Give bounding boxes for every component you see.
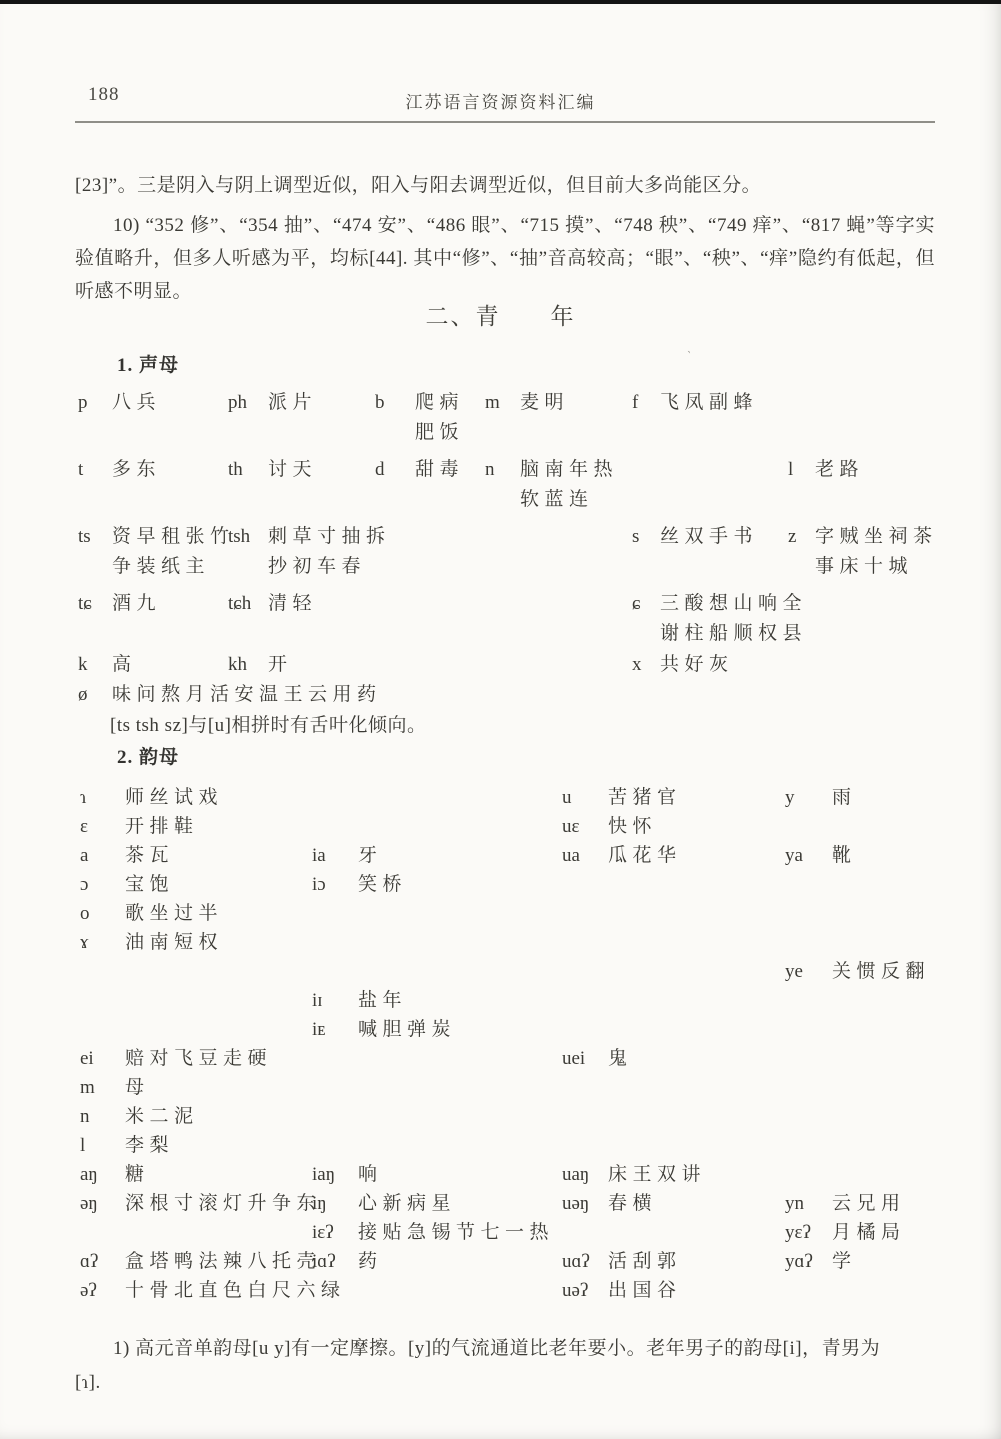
example-words: 资早租张竹 争装纸主 [112, 522, 235, 582]
ipa-label: əʔ [80, 1277, 97, 1305]
example-words: 活刮郭 [608, 1248, 682, 1276]
ipa-label: yn [785, 1190, 804, 1218]
ipa-label: ya [785, 842, 803, 870]
example-words: 李梨 [125, 1132, 174, 1160]
section-title-youth: 二、青 年 [0, 298, 1001, 331]
ipa-label: l [788, 455, 793, 485]
table-row: ɔ 宝饱 iɔ 笑桥 [75, 871, 955, 900]
subsection-finals-heading: 2. 韵母 [117, 742, 179, 769]
ipa-label: b [375, 388, 385, 418]
table-row: ɤ 油南短权 [75, 929, 955, 958]
table-row: iɪ 盐年 [75, 987, 955, 1016]
example-words: 高 [112, 650, 137, 680]
ipa-label: y [785, 784, 795, 812]
ipa-label: ph [228, 388, 247, 418]
table-row: o 歌坐过半 [75, 900, 955, 929]
example-words: 快怀 [608, 813, 657, 841]
example-words: 老路 [815, 455, 864, 485]
ipa-label: uɛ [562, 813, 579, 841]
table-row: iᴇ 喊胆弹炭 [75, 1016, 955, 1045]
table-row: m 母 [75, 1074, 955, 1103]
table-row: t 多东 th 讨天 d 甜毒 n 脑南年热 软蓝连 l 老路 [75, 455, 955, 522]
ipa-label: aŋ [80, 1161, 98, 1189]
ipa-label: əŋ [80, 1190, 98, 1218]
example-words: 三酸想山响全 谢柱船顺权县 [660, 589, 807, 649]
ipa-label: th [228, 455, 243, 485]
ipa-label: uəŋ [562, 1190, 589, 1218]
ipa-label: m [80, 1074, 95, 1102]
example-words: 十骨北直色白尺六绿 [125, 1277, 346, 1305]
example-words: 春横 [608, 1190, 657, 1218]
table-row: aŋ 糖 iaŋ 响 uaŋ 床王双讲 [75, 1161, 955, 1190]
example-words: 深根寸滚灯升争东 [125, 1190, 321, 1218]
example-words: 油南短权 [125, 929, 223, 957]
ipa-label: x [632, 650, 642, 680]
ipa-label: ɛ [80, 813, 88, 841]
ipa-label: iɑʔ [312, 1248, 336, 1276]
example-words: 响 [358, 1161, 383, 1189]
example-words: 酒九 [112, 589, 161, 619]
ipa-label: ɕ [632, 589, 640, 619]
ipa-label: u [562, 784, 572, 812]
initials-note: [ts tsh sz]与[u]相拼时有舌叶化倾向。 [110, 710, 426, 737]
ipa-label: tɕh [228, 589, 251, 619]
example-words: 母 [125, 1074, 150, 1102]
example-words: 云兄用 [832, 1190, 906, 1218]
example-words: 糖 [125, 1161, 150, 1189]
example-words: 出国谷 [608, 1277, 682, 1305]
ipa-label: o [80, 900, 90, 928]
example-words: 床王双讲 [608, 1161, 706, 1189]
ipa-label: k [78, 650, 88, 680]
table-row: k 高 kh 开 x 共好灰 [75, 650, 955, 680]
running-title: 江苏语言资源资料汇编 [0, 88, 1001, 113]
ipa-label: ɿ [80, 784, 86, 812]
ipa-label: ye [785, 958, 803, 986]
ipa-label: ts [78, 522, 91, 552]
example-words: 喊胆弹炭 [358, 1016, 456, 1044]
example-words: 字贼坐祠茶 事床十城 [815, 522, 938, 582]
example-words: 飞凤副蜂 [660, 388, 758, 418]
example-words: 笑桥 [358, 871, 407, 899]
ipa-label: m [485, 388, 500, 418]
example-words: 瓜花华 [608, 842, 682, 870]
ipa-label: a [80, 842, 88, 870]
example-words: 接贴急锡节七一热 [358, 1219, 554, 1247]
example-words: 派片 [268, 388, 317, 418]
example-words: 心新病星 [358, 1190, 456, 1218]
ipa-label: t [78, 455, 83, 485]
scan-edge-strip [0, 0, 1001, 4]
example-words: 茶瓦 [125, 842, 174, 870]
example-words: 药 [358, 1248, 383, 1276]
ipa-label: ua [562, 842, 580, 870]
example-words: 牙 [358, 842, 383, 870]
example-words: 清轻 [268, 589, 317, 619]
example-words: 爬病 肥饭 [415, 388, 464, 448]
table-row: ei 赔对飞豆走硬 uei 鬼 [75, 1045, 955, 1074]
table-row: ts 资早租张竹 争装纸主 tsh 刺草寸抽拆 抄初车春 s 丝双手书 z 字贼… [75, 522, 955, 589]
example-words: 宝饱 [125, 871, 174, 899]
ipa-label: ɤ [80, 929, 88, 957]
footnote-1: 1) 高元音单韵母[u y]有一定摩擦。[y]的气流通道比老年要小。老年男子的韵… [75, 1332, 935, 1400]
header-divider [75, 121, 935, 123]
table-row: ye 关惯反翻 [75, 958, 955, 987]
scan-artifact: ` [684, 348, 692, 365]
example-words: 甜毒 [415, 455, 464, 485]
ipa-label: p [78, 388, 88, 418]
example-words: 学 [832, 1248, 857, 1276]
ipa-label: tsh [228, 522, 250, 552]
ipa-label: iᴇ [312, 1016, 326, 1044]
table-row: ɿ 师丝试戏 u 苦猪官 y 雨 [75, 784, 955, 813]
example-words: 开 [268, 650, 293, 680]
example-words: 关惯反翻 [832, 958, 930, 986]
ipa-label: iɪ [312, 987, 323, 1015]
initials-table: p 八兵 ph 派片 b 爬病 肥饭 m 麦明 f 飞凤副蜂 t 多东 th 讨… [75, 388, 955, 712]
ipa-label: ɔ [80, 871, 88, 899]
ipa-label: kh [228, 650, 247, 680]
ipa-label: ia [312, 842, 326, 870]
example-words: 鬼 [608, 1045, 633, 1073]
example-words: 味问熬月活安温王云用药 [112, 680, 382, 710]
example-words: 赔对飞豆走硬 [125, 1045, 272, 1073]
ipa-label: ei [80, 1045, 94, 1073]
table-row: ɑʔ 盒塔鸭法辣八托壳 iɑʔ 药 uɑʔ 活刮郭 yɑʔ 学 [75, 1248, 955, 1277]
table-row: iɛʔ 接贴急锡节七一热 yɛʔ 月橘局 [75, 1219, 955, 1248]
table-row: a 茶瓦 ia 牙 ua 瓜花华 ya 靴 [75, 842, 955, 871]
ipa-label: iɛʔ [312, 1219, 334, 1247]
example-words: 师丝试戏 [125, 784, 223, 812]
table-row: əŋ 深根寸滚灯升争东 iŋ 心新病星 uəŋ 春横 yn 云兄用 [75, 1190, 955, 1219]
ipa-label: ɑʔ [80, 1248, 98, 1276]
ipa-label: d [375, 455, 385, 485]
table-row: ø 味问熬月活安温王云用药 [75, 680, 955, 712]
ipa-label: yɑʔ [785, 1248, 813, 1276]
example-words: 开排鞋 [125, 813, 199, 841]
table-row: l 李梨 [75, 1132, 955, 1161]
paragraph-tone-discussion: [23]”。三是阴入与阴上调型近似，阳入与阳去调型近似，但目前大多尚能区分。 [75, 169, 935, 202]
ipa-label: n [485, 455, 495, 485]
ipa-label: s [632, 522, 639, 552]
example-words: 盐年 [358, 987, 407, 1015]
finals-table: ɿ 师丝试戏 u 苦猪官 y 雨 ɛ 开排鞋 uɛ 快怀 a 茶瓦 ia 牙 u… [75, 784, 955, 1306]
ipa-label: yɛʔ [785, 1219, 811, 1247]
paragraph-item-10: 10) “352 修”、“354 抽”、“474 安”、“486 眼”、“715… [75, 209, 935, 308]
ipa-label: f [632, 388, 638, 418]
example-words: 月橘局 [832, 1219, 906, 1247]
example-words: 麦明 [520, 388, 569, 418]
example-words: 苦猪官 [608, 784, 682, 812]
example-words: 脑南年热 软蓝连 [520, 455, 618, 515]
ipa-label: n [80, 1103, 90, 1131]
ipa-label: uəʔ [562, 1277, 588, 1305]
ipa-label: ø [78, 680, 88, 710]
ipa-label: iɔ [312, 871, 326, 899]
example-words: 多东 [112, 455, 161, 485]
example-words: 米二泥 [125, 1103, 199, 1131]
example-words: 歌坐过半 [125, 900, 223, 928]
example-words: 讨天 [268, 455, 317, 485]
example-words: 刺草寸抽拆 抄初车春 [268, 522, 391, 582]
table-row: ɛ 开排鞋 uɛ 快怀 [75, 813, 955, 842]
example-words: 雨 [832, 784, 857, 812]
example-words: 八兵 [112, 388, 161, 418]
table-row: əʔ 十骨北直色白尺六绿 uəʔ 出国谷 [75, 1277, 955, 1306]
ipa-label: iŋ [312, 1190, 327, 1218]
ipa-label: uɑʔ [562, 1248, 590, 1276]
ipa-label: uei [562, 1045, 585, 1073]
example-words: 丝双手书 [660, 522, 758, 552]
ipa-label: z [788, 522, 796, 552]
example-words: 共好灰 [660, 650, 734, 680]
ipa-label: tɕ [78, 589, 92, 619]
ipa-label: iaŋ [312, 1161, 335, 1189]
example-words: 靴 [832, 842, 857, 870]
example-words: 盒塔鸭法辣八托壳 [125, 1248, 321, 1276]
scanned-book-page: 188 江苏语言资源资料汇编 [23]”。三是阴入与阴上调型近似，阳入与阳去调型… [0, 0, 1001, 1439]
ipa-label: l [80, 1132, 85, 1160]
ipa-label: uaŋ [562, 1161, 589, 1189]
table-row: p 八兵 ph 派片 b 爬病 肥饭 m 麦明 f 飞凤副蜂 [75, 388, 955, 455]
subsection-initials-heading: 1. 声母 [117, 350, 179, 377]
table-row: n 米二泥 [75, 1103, 955, 1132]
table-row: tɕ 酒九 tɕh 清轻 ɕ 三酸想山响全 谢柱船顺权县 [75, 589, 955, 650]
